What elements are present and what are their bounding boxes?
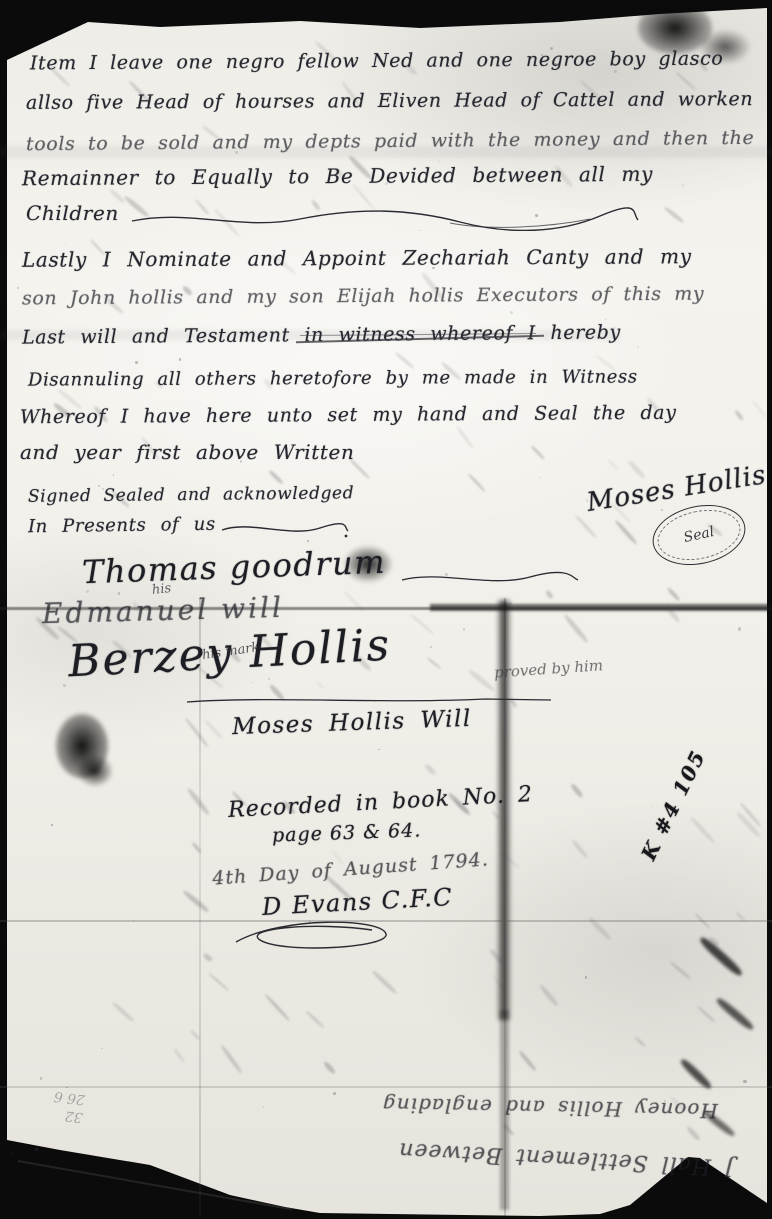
texture-dot bbox=[40, 1077, 42, 1079]
texture-dot bbox=[510, 311, 513, 314]
flourish-clerk-loop bbox=[222, 920, 402, 960]
texture-dot bbox=[664, 1100, 666, 1102]
texture-dot bbox=[661, 509, 663, 511]
manuscript-line: Disannuling all others heretofore by me … bbox=[28, 366, 638, 390]
texture-dot bbox=[98, 485, 100, 487]
texture-dot bbox=[66, 1087, 67, 1088]
texture-dot bbox=[614, 70, 617, 73]
texture-dot bbox=[12, 1152, 14, 1154]
texture-dot bbox=[86, 590, 89, 593]
texture-dot bbox=[35, 1148, 38, 1151]
texture-dot bbox=[743, 1080, 746, 1083]
ink-blot-left-2 bbox=[78, 756, 112, 786]
texture-dot bbox=[445, 573, 448, 576]
manuscript-line: and year first above Written bbox=[20, 440, 354, 464]
texture-dot bbox=[118, 592, 120, 594]
manuscript-line: Whereof I have here unto set my hand and… bbox=[20, 402, 677, 429]
manuscript-line: allso five Head of hourses and Eliven He… bbox=[26, 88, 753, 114]
reverse-faint-numbers: 32 26 6 bbox=[42, 1086, 86, 1127]
manuscript-line: Lastly I Nominate and Appoint Zechariah … bbox=[22, 244, 692, 272]
fold-line-horizontal-mid-heavy bbox=[430, 604, 772, 611]
texture-dot bbox=[541, 300, 543, 302]
texture-dot bbox=[251, 682, 252, 683]
texture-dot bbox=[541, 54, 543, 56]
texture-dot bbox=[571, 373, 574, 376]
manuscript-line: Signed Sealed and acknowledged bbox=[28, 483, 354, 506]
document-scan: Item I leave one negro fellow Ned and on… bbox=[0, 0, 772, 1219]
fold-line-horizontal-bottom bbox=[0, 1086, 772, 1088]
texture-dot bbox=[309, 920, 311, 922]
flourish-after-presents bbox=[220, 520, 350, 540]
texture-dot bbox=[65, 244, 66, 245]
texture-dot bbox=[378, 749, 379, 750]
manuscript-line: In Presents of us bbox=[28, 514, 216, 538]
signature-edmanuel-will: Edmanuel will bbox=[42, 591, 285, 630]
texture-dot bbox=[535, 214, 538, 217]
flourish-underline-berzey bbox=[185, 692, 555, 708]
texture-dot bbox=[266, 569, 268, 571]
manuscript-line: Children bbox=[26, 201, 119, 225]
texture-dot bbox=[229, 456, 230, 457]
texture-dot bbox=[651, 806, 652, 807]
texture-dot bbox=[553, 63, 556, 66]
flourish-after-thomas bbox=[400, 568, 580, 590]
texture-dot bbox=[133, 920, 134, 921]
texture-dot bbox=[135, 361, 138, 364]
texture-dot bbox=[463, 628, 465, 630]
